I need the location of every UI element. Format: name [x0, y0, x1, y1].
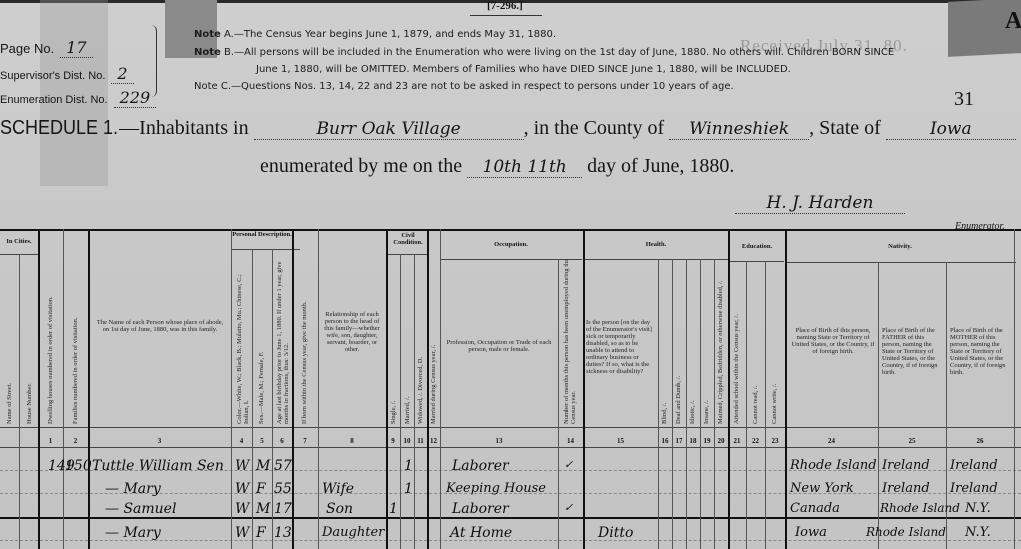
note-label: Note — [194, 47, 221, 58]
state-label: , State of — [809, 117, 881, 139]
col-line — [19, 254, 20, 549]
printed-page-number: 31 — [954, 88, 974, 111]
col-number: 18 — [686, 437, 700, 445]
table-top-border — [0, 229, 1021, 231]
group-underline — [786, 262, 1016, 263]
header-relationship: Relationship of each person to the head … — [320, 311, 384, 353]
cell-age: 57 — [274, 458, 292, 474]
col-number: 12 — [427, 437, 440, 445]
col-number: 1 — [38, 437, 63, 445]
header-mother-birthplace: Place of Birth of the MOTHER of this per… — [950, 327, 1012, 376]
col-line — [63, 229, 64, 549]
header-married-census-year: Married during Census year, /. — [430, 324, 437, 424]
col-line — [714, 259, 715, 549]
header-color: Color.—White, W.; Black, B.; Mulatto, Mu… — [236, 257, 250, 424]
header-occupation: Profession, Occupation or Trade of each … — [446, 339, 552, 353]
cell-father-birthplace: Rhode Island — [866, 525, 946, 539]
cell-birthplace: New York — [790, 481, 854, 496]
header-sickness: Is the person [on the day of the Enumera… — [586, 319, 656, 375]
census-page: [7-296.] Received July 31, 80. A Page No… — [0, 0, 1021, 549]
cell-age: 13 — [274, 525, 292, 541]
cell-birthplace: Canada — [790, 501, 840, 516]
col-line — [686, 259, 687, 549]
col-line — [252, 249, 253, 549]
page-no-label: Page No. — [0, 41, 54, 56]
header-bottom-border — [0, 427, 1021, 428]
cell-sex: M — [256, 458, 270, 474]
census-table: In Cities. Personal Description. Civil C… — [0, 229, 1021, 549]
note-b-cont: June 1, 1880, will be OMITTED. Members o… — [256, 64, 791, 75]
supervisor-dist: Supervisor's Dist. No.2 — [0, 64, 134, 84]
col-line — [38, 229, 40, 549]
group-underline — [232, 249, 300, 250]
col-line — [558, 259, 559, 549]
col-number: 7 — [292, 437, 318, 445]
col-number: 10 — [400, 437, 414, 445]
cell-sickness: Ditto — [598, 525, 633, 541]
cell-color: W — [235, 525, 249, 541]
col-number: 15 — [583, 437, 658, 445]
note-text: A.—The Census Year begins June 1, 1879, … — [224, 29, 556, 40]
cell-occupation: Laborer — [452, 501, 509, 517]
page-no: Page No.17 — [0, 38, 93, 58]
form-id: [7-296.] — [487, 0, 523, 12]
cell-mother-birthplace: Ireland — [950, 458, 998, 473]
header-father-birthplace: Place of Birth of the FATHER of this per… — [882, 327, 944, 376]
col-line — [292, 229, 294, 549]
cell-age: 55 — [274, 481, 292, 497]
col-number: 17 — [672, 437, 686, 445]
header-cannot-read: Cannot read, /. — [752, 379, 759, 424]
col-number: 8 — [318, 437, 386, 445]
col-number: 6 — [272, 437, 292, 445]
cell-color: W — [235, 481, 249, 497]
header-name: The Name of each Person whose place of a… — [95, 319, 225, 333]
page-no-value: 17 — [60, 38, 92, 58]
day-value: 10th 11th — [467, 157, 582, 178]
cell-father-birthplace: Ireland — [882, 458, 930, 473]
cell-name: — Samuel — [105, 501, 176, 517]
col-line — [272, 249, 273, 549]
brace — [150, 25, 157, 97]
cell-name: — Mary — [105, 525, 161, 541]
header-street: Name of Street. — [6, 379, 13, 424]
header-widowed: Widowed, /. Divorced, D. — [417, 339, 424, 424]
col-line — [746, 261, 747, 549]
col-line — [700, 259, 701, 549]
col-line — [1014, 229, 1015, 549]
enumerated-label: enumerated by me on the — [260, 155, 462, 177]
cell-single: 1 — [389, 501, 398, 517]
col-line — [878, 262, 879, 549]
col-number: 13 — [440, 437, 558, 445]
group-in-cities: In Cities. — [0, 238, 38, 245]
col-number: 11 — [414, 437, 427, 445]
col-number: 16 — [658, 437, 672, 445]
col-line — [427, 229, 429, 549]
group-civil: Civil Condition. — [388, 232, 428, 246]
supervisor-value: 2 — [111, 64, 133, 84]
col-line — [440, 229, 441, 549]
col-number: 20 — [714, 437, 728, 445]
cell-mother-birthplace: N.Y. — [965, 525, 991, 540]
col-number: 26 — [946, 437, 1014, 445]
cell-relationship: Son — [326, 501, 353, 517]
family-divider — [0, 517, 1021, 519]
cell-relationship: Wife — [322, 481, 354, 497]
col-number: 2 — [63, 437, 88, 445]
header-single: Single, /. — [390, 394, 397, 424]
col-line — [583, 229, 585, 549]
cell-birthplace: Iowa — [795, 525, 827, 540]
header-cannot-write: Cannot write, /. — [771, 377, 778, 424]
col-line — [658, 259, 659, 549]
header-unemployed: Number of months this person has been un… — [563, 257, 579, 424]
cell-name: Tuttle William Sen — [92, 458, 224, 474]
cell-birthplace: Rhode Island — [790, 458, 877, 473]
header-married: Married, /. — [404, 389, 411, 424]
group-health: Health. — [584, 241, 728, 248]
group-underline — [584, 259, 728, 260]
col-line — [400, 254, 401, 549]
cell-color: W — [235, 501, 249, 517]
group-personal: Personal Description. — [232, 231, 292, 238]
note-a: Note A.—The Census Year begins June 1, 1… — [194, 29, 556, 40]
cell-father-birthplace: Rhode Island — [880, 501, 960, 515]
header-sex: Sex.—Male, M.; Female, F. — [258, 339, 265, 424]
col-line — [231, 229, 232, 549]
header-family: Families numbered in order of visitation… — [72, 299, 79, 424]
note-text: B.—All persons will be included in the E… — [224, 47, 894, 58]
col-number: 4 — [231, 437, 252, 445]
state-value: Iowa — [886, 119, 1016, 140]
cell-occupation: Laborer — [452, 458, 509, 474]
header-age: Age at last birthday prior to June 1, 18… — [276, 257, 290, 424]
cell-unemployed: ✓ — [564, 501, 573, 514]
cell-mother-birthplace: Ireland — [950, 481, 998, 496]
header-birth-month: If born within the Census year, give the… — [301, 279, 308, 424]
note-b: Note B.—All persons will be included in … — [194, 47, 894, 58]
schedule-line: SCHEDULE 1.—Inhabitants in Burr Oak Vill… — [0, 117, 1016, 140]
header-school: Attended school within the Census year, … — [733, 294, 740, 424]
col-line — [785, 229, 787, 549]
header-deaf: Deaf and Dumb, /. — [675, 369, 682, 424]
enumeration-label: Enumeration Dist. No. — [0, 94, 108, 106]
col-line — [414, 254, 415, 549]
col-number: 24 — [785, 437, 878, 445]
col-number: 19 — [700, 437, 714, 445]
enumerator-signature: H. J. Harden — [735, 193, 905, 214]
inhabitants-label: —Inhabitants in — [119, 117, 248, 139]
cell-name: — Mary — [105, 481, 161, 497]
header-birthplace: Place of Birth of this person, naming St… — [790, 327, 876, 355]
col-number: 23 — [765, 437, 785, 445]
enumerated-line: enumerated by me on the 10th 11th day of… — [260, 155, 734, 178]
col-line — [88, 229, 90, 549]
col-number: 14 — [558, 437, 583, 445]
col-number: 22 — [746, 437, 765, 445]
county-value: Winneshiek — [669, 119, 809, 140]
col-number: 9 — [386, 437, 400, 445]
col-number: 3 — [88, 437, 231, 445]
cell-family: 150 — [65, 458, 92, 474]
divider — [470, 15, 542, 16]
county-label: , in the County of — [524, 117, 665, 139]
schedule-title: SCHEDULE 1. — [0, 117, 118, 140]
note-label: Note — [194, 29, 221, 40]
header-dwelling: Dwelling houses numbered in order of vis… — [47, 274, 54, 424]
cell-color: W — [235, 458, 249, 474]
colnum-bottom-border — [0, 447, 1021, 448]
cell-married: 1 — [404, 458, 413, 474]
group-nativity: Nativity. — [786, 243, 1014, 250]
group-underline — [440, 259, 582, 260]
cell-father-birthplace: Ireland — [882, 481, 930, 496]
group-underline — [388, 254, 428, 255]
group-underline — [730, 261, 784, 262]
col-line — [728, 229, 730, 549]
col-line — [318, 229, 319, 549]
header-insane: Insane, /. — [703, 389, 710, 424]
cell-sex: F — [256, 481, 266, 497]
col-number: 25 — [878, 437, 946, 445]
cell-age: 17 — [274, 501, 292, 517]
col-number: 21 — [728, 437, 746, 445]
cell-occupation: Keeping House — [446, 481, 546, 496]
col-number: 5 — [252, 437, 272, 445]
supervisor-label: Supervisor's Dist. No. — [0, 70, 105, 82]
col-line — [765, 261, 766, 549]
header-idiotic: Idiotic, /. — [689, 389, 696, 424]
cell-relationship: Daughter — [322, 525, 384, 540]
enumeration-dist: Enumeration Dist. No.229 — [0, 88, 156, 108]
stamp-letter: A — [1005, 8, 1021, 35]
col-line — [386, 229, 388, 549]
header-house: House Number. — [26, 379, 33, 424]
header-maimed: Maimed, Crippled, Bedridden, or otherwis… — [717, 265, 724, 424]
cell-unemployed: ✓ — [564, 458, 573, 471]
day-suffix: day of June, 1880. — [587, 155, 734, 177]
place-value: Burr Oak Village — [254, 119, 524, 140]
cell-sex: M — [256, 501, 270, 517]
group-education: Education. — [730, 243, 784, 250]
cell-sex: F — [256, 525, 266, 541]
cell-married: 1 — [404, 481, 413, 497]
cell-occupation: At Home — [450, 525, 512, 541]
cell-mother-birthplace: N.Y. — [965, 501, 991, 516]
header-blind: Blind, /. — [661, 389, 668, 424]
note-c: Note C.—Questions Nos. 13, 14, 22 and 23… — [194, 81, 734, 92]
col-line — [672, 259, 673, 549]
group-occupation: Occupation. — [440, 241, 582, 248]
